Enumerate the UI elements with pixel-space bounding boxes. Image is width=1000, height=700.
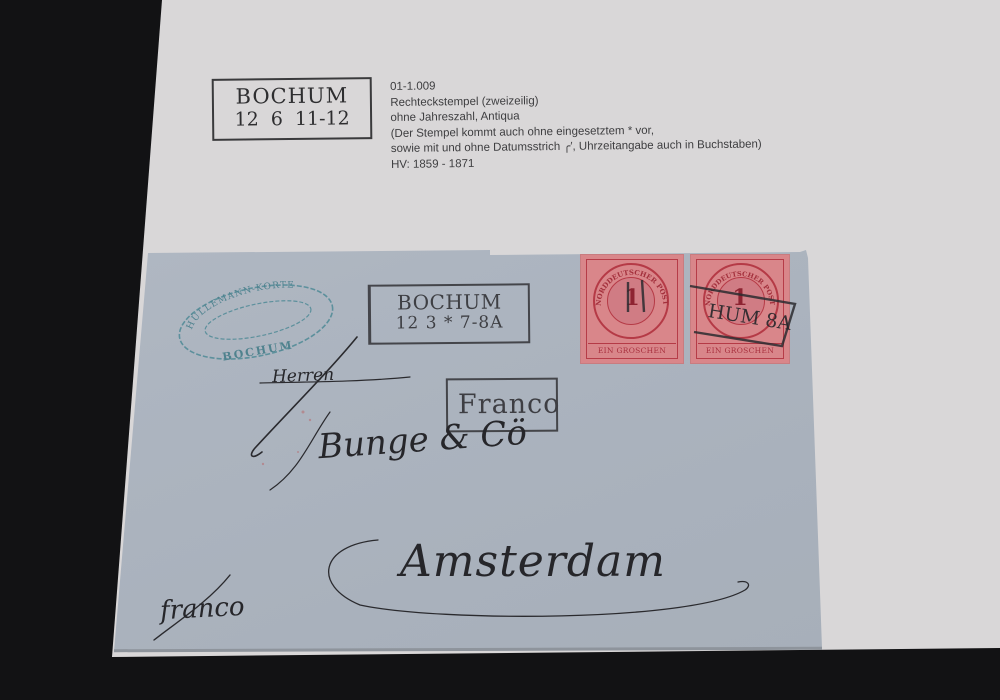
stamp-2-cancel-text: HUM 8A: [707, 300, 794, 335]
photo-scene: BOCHUM 12 6 11-12 01-1.009 Rechteckstemp…: [0, 0, 1000, 700]
handwriting-city: Amsterdam: [400, 536, 666, 587]
handwriting-note: franco: [159, 592, 245, 626]
stamp-cancellations: HUM 8A: [0, 0, 1000, 700]
handwriting-salutation: Herren: [272, 365, 335, 387]
